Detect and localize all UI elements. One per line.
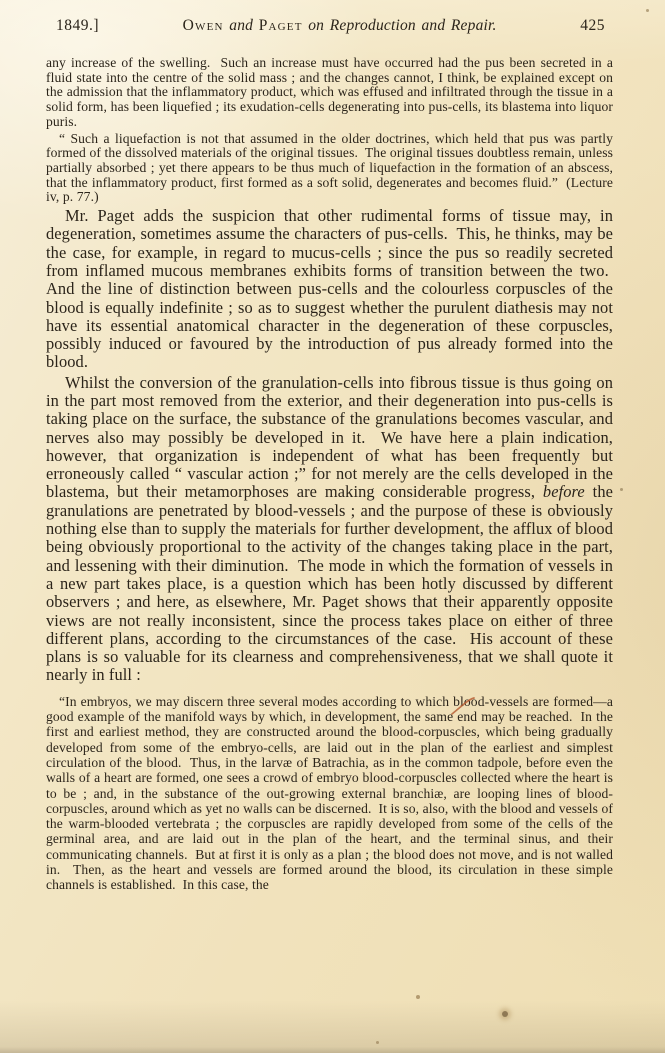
running-head: 1849.] Owen and Paget on Reproduction an… [56,17,605,35]
paragraph: “In embryos, we may discern three severa… [46,694,613,893]
header-and: and [224,17,259,34]
paragraph: any increase of the swelling. Such an in… [46,56,613,130]
header-year: 1849.] [56,17,99,35]
foxing-spot [502,1011,508,1017]
paragraph: “ Such a liquefaction is not that assume… [46,132,613,206]
text-segment: “ Such a liquefaction is not that assume… [46,131,613,205]
text-column: any increase of the swelling. Such an in… [46,56,613,895]
text-segment: before [543,482,585,501]
text-segment: any increase of the swelling. Such an in… [46,55,613,129]
foxing-spot [620,488,623,491]
paragraph: Mr. Paget adds the suspicion that other … [46,207,613,372]
scanned-journal-page: 1849.] Owen and Paget on Reproduction an… [0,0,665,1053]
header-title-rest: on Reproduction and Repair. [303,17,497,34]
header-title: Owen and Paget on Reproduction and Repai… [183,17,497,35]
foxing-spot [416,995,420,999]
header-author-paget: Paget [259,17,303,34]
foxing-spot [646,9,649,12]
foxing-spot [376,1041,379,1044]
text-segment: Whilst the conversion of the granulation… [46,373,613,502]
header-author-owen: Owen [183,17,224,34]
text-segment: the granulations are penetrated by blood… [46,482,613,684]
text-segment: Mr. Paget adds the suspicion that other … [46,206,613,371]
page-number: 425 [580,17,605,35]
paragraph: Whilst the conversion of the granulation… [46,374,613,685]
text-segment: “In embryos, we may discern three severa… [46,694,613,893]
